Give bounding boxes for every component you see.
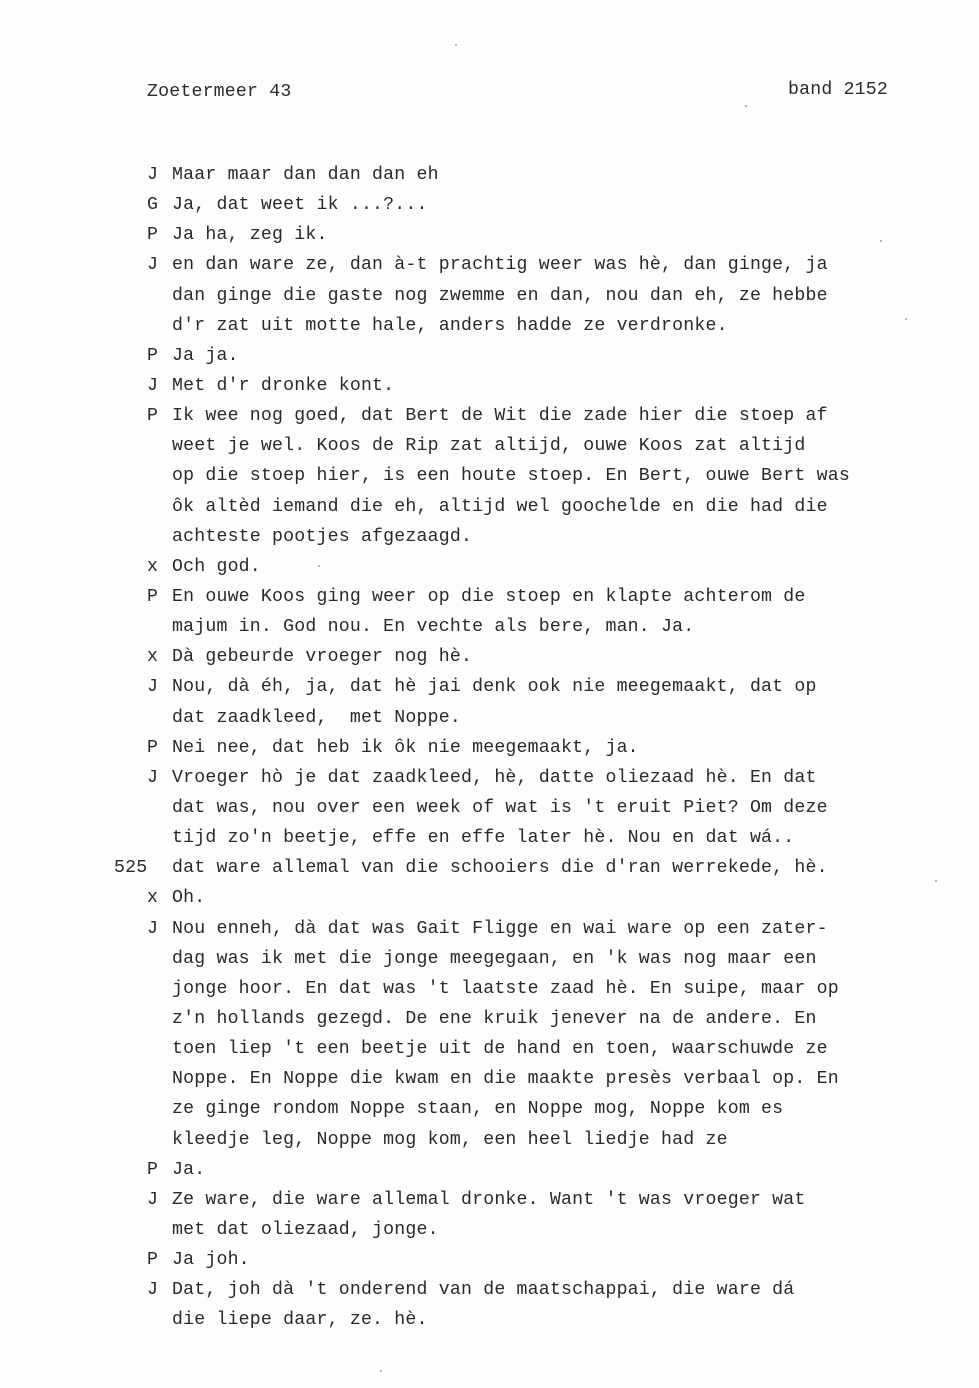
speaker-label: J xyxy=(147,763,172,793)
speaker-label: P xyxy=(147,733,172,763)
speaker-turn-line: xOch god. xyxy=(147,552,947,582)
speaker-label: J xyxy=(147,160,172,190)
utterance-text: Och god. xyxy=(172,557,261,577)
speaker-label: x xyxy=(147,883,172,913)
utterance-text: tijd zo'n beetje, effe en effe later hè.… xyxy=(172,828,794,848)
speaker-label: P xyxy=(147,341,172,371)
speaker-turn-line: JMaar maar dan dan dan eh xyxy=(147,160,947,190)
scan-speck xyxy=(745,105,747,107)
continuation-line: z'n hollands gezegd. De ene kruik jeneve… xyxy=(147,1004,947,1034)
speaker-label: J xyxy=(147,371,172,401)
utterance-text: dan ginge die gaste nog zwemme en dan, n… xyxy=(172,286,828,306)
speaker-label: P xyxy=(147,220,172,250)
utterance-text: dag was ik met die jonge meegegaan, en '… xyxy=(172,949,817,969)
utterance-text: Ze ware, die ware allemal dronke. Want '… xyxy=(172,1190,806,1210)
utterance-text: d'r zat uit motte hale, anders hadde ze … xyxy=(172,316,728,336)
speaker-turn-line: Jen dan ware ze, dan à-t prachtig weer w… xyxy=(147,250,947,280)
speaker-label: P xyxy=(147,1245,172,1275)
scan-speck xyxy=(905,318,907,320)
speaker-label: J xyxy=(147,1275,172,1305)
utterance-text: ôk altèd iemand die eh, altijd wel gooch… xyxy=(172,497,828,517)
continuation-line: weet je wel. Koos de Rip zat altijd, ouw… xyxy=(147,431,947,461)
utterance-text: Ja joh. xyxy=(172,1250,250,1270)
utterance-text: die liepe daar, ze. hè. xyxy=(172,1310,428,1330)
continuation-line: jonge hoor. En dat was 't laatste zaad h… xyxy=(147,974,947,1004)
speaker-turn-line: PJa joh. xyxy=(147,1245,947,1275)
transcript-page: Zoetermeer 43 band 2152 JMaar maar dan d… xyxy=(0,0,979,1388)
utterance-text: Met d'r dronke kont. xyxy=(172,376,394,396)
speaker-turn-line: PNei nee, dat heb ik ôk nie meegemaakt, … xyxy=(147,733,947,763)
continuation-line: achteste pootjes afgezaagd. xyxy=(147,522,947,552)
utterance-text: Dà gebeurde vroeger nog hè. xyxy=(172,647,472,667)
utterance-text: weet je wel. Koos de Rip zat altijd, ouw… xyxy=(172,436,806,456)
continuation-line: ôk altèd iemand die eh, altijd wel gooch… xyxy=(147,492,947,522)
scan-speck xyxy=(935,880,937,882)
utterance-text: dat was, nou over een week of wat is 't … xyxy=(172,798,828,818)
continuation-line: dag was ik met die jonge meegegaan, en '… xyxy=(147,944,947,974)
utterance-text: met dat oliezaad, jonge. xyxy=(172,1220,439,1240)
speaker-turn-line: PIk wee nog goed, dat Bert de Wit die za… xyxy=(147,401,947,431)
speaker-turn-line: xOh. xyxy=(147,883,947,913)
speaker-turn-line: PJa ja. xyxy=(147,341,947,371)
continuation-line: kleedje leg, Noppe mog kom, een heel lie… xyxy=(147,1125,947,1155)
utterance-text: achteste pootjes afgezaagd. xyxy=(172,527,472,547)
continuation-line: met dat oliezaad, jonge. xyxy=(147,1215,947,1245)
speaker-turn-line: JZe ware, die ware allemal dronke. Want … xyxy=(147,1185,947,1215)
utterance-text: En ouwe Koos ging weer op die stoep en k… xyxy=(172,587,806,607)
utterance-text: kleedje leg, Noppe mog kom, een heel lie… xyxy=(172,1130,728,1150)
speaker-label: P xyxy=(147,582,172,612)
speaker-turn-line: JNou, dà éh, ja, dat hè jai denk ook nie… xyxy=(147,672,947,702)
continuation-line: dat was, nou over een week of wat is 't … xyxy=(147,793,947,823)
utterance-text: toen liep 't een beetje uit de hand en t… xyxy=(172,1039,828,1059)
speaker-turn-line: PEn ouwe Koos ging weer op die stoep en … xyxy=(147,582,947,612)
speaker-label: J xyxy=(147,672,172,702)
continuation-line: tijd zo'n beetje, effe en effe later hè.… xyxy=(147,823,947,853)
transcript-body: JMaar maar dan dan dan ehGJa, dat weet i… xyxy=(147,160,947,1335)
speaker-turn-line: JDat, joh dà 't onderend van de maatscha… xyxy=(147,1275,947,1305)
continuation-line: d'r zat uit motte hale, anders hadde ze … xyxy=(147,311,947,341)
speaker-label: x xyxy=(147,642,172,672)
utterance-text: dat zaadkleed, met Noppe. xyxy=(172,708,461,728)
continuation-line: dat zaadkleed, met Noppe. xyxy=(147,703,947,733)
speaker-label: J xyxy=(147,914,172,944)
speaker-turn-line: JVroeger hò je dat zaadkleed, hè, datte … xyxy=(147,763,947,793)
line-number-marker: 525 xyxy=(114,853,147,883)
utterance-text: en dan ware ze, dan à-t prachtig weer wa… xyxy=(172,255,828,275)
utterance-text: Vroeger hò je dat zaadkleed, hè, datte o… xyxy=(172,768,817,788)
scan-speck xyxy=(318,565,320,567)
tape-number-header: band 2152 xyxy=(788,80,888,100)
utterance-text: Nei nee, dat heb ik ôk nie meegemaakt, j… xyxy=(172,738,639,758)
continuation-line: Noppe. En Noppe die kwam en die maakte p… xyxy=(147,1064,947,1094)
speaker-label: P xyxy=(147,1155,172,1185)
speaker-turn-line: GJa, dat weet ik ...?... xyxy=(147,190,947,220)
scan-speck xyxy=(455,44,457,46)
speaker-turn-line: PJa. xyxy=(147,1155,947,1185)
utterance-text: Ja. xyxy=(172,1160,205,1180)
continuation-line: dan ginge die gaste nog zwemme en dan, n… xyxy=(147,281,947,311)
continuation-line: die liepe daar, ze. hè. xyxy=(147,1305,947,1335)
utterance-text: Nou, dà éh, ja, dat hè jai denk ook nie … xyxy=(172,677,817,697)
utterance-text: ze ginge rondom Noppe staan, en Noppe mo… xyxy=(172,1099,783,1119)
utterance-text: jonge hoor. En dat was 't laatste zaad h… xyxy=(172,979,839,999)
speaker-turn-line: xDà gebeurde vroeger nog hè. xyxy=(147,642,947,672)
utterance-text: Ja ha, zeg ik. xyxy=(172,225,328,245)
speaker-label: x xyxy=(147,552,172,582)
utterance-text: z'n hollands gezegd. De ene kruik jeneve… xyxy=(172,1009,817,1029)
continuation-line: 525dat ware allemal van die schooiers di… xyxy=(147,853,947,883)
speaker-turn-line: PJa ha, zeg ik. xyxy=(147,220,947,250)
utterance-text: Noppe. En Noppe die kwam en die maakte p… xyxy=(172,1069,839,1089)
scan-speck xyxy=(880,240,882,242)
utterance-text: op die stoep hier, is een houte stoep. E… xyxy=(172,466,850,486)
utterance-text: Maar maar dan dan dan eh xyxy=(172,165,439,185)
speaker-label: J xyxy=(147,250,172,280)
utterance-text: Oh. xyxy=(172,888,205,908)
utterance-text: Ja, dat weet ik ...?... xyxy=(172,195,428,215)
continuation-line: op die stoep hier, is een houte stoep. E… xyxy=(147,461,947,491)
utterance-text: majum in. God nou. En vechte als bere, m… xyxy=(172,617,694,637)
utterance-text: Ja ja. xyxy=(172,346,239,366)
speaker-label: G xyxy=(147,190,172,220)
utterance-text: Ik wee nog goed, dat Bert de Wit die zad… xyxy=(172,406,828,426)
speaker-turn-line: JMet d'r dronke kont. xyxy=(147,371,947,401)
utterance-text: dat ware allemal van die schooiers die d… xyxy=(172,858,828,878)
continuation-line: ze ginge rondom Noppe staan, en Noppe mo… xyxy=(147,1094,947,1124)
utterance-text: Dat, joh dà 't onderend van de maatschap… xyxy=(172,1280,794,1300)
location-header: Zoetermeer 43 xyxy=(147,82,292,102)
speaker-turn-line: JNou enneh, dà dat was Gait Fligge en wa… xyxy=(147,914,947,944)
utterance-text: Nou enneh, dà dat was Gait Fligge en wai… xyxy=(172,919,828,939)
scan-speck xyxy=(380,1370,382,1372)
speaker-label: P xyxy=(147,401,172,431)
continuation-line: toen liep 't een beetje uit de hand en t… xyxy=(147,1034,947,1064)
continuation-line: majum in. God nou. En vechte als bere, m… xyxy=(147,612,947,642)
speaker-label: J xyxy=(147,1185,172,1215)
